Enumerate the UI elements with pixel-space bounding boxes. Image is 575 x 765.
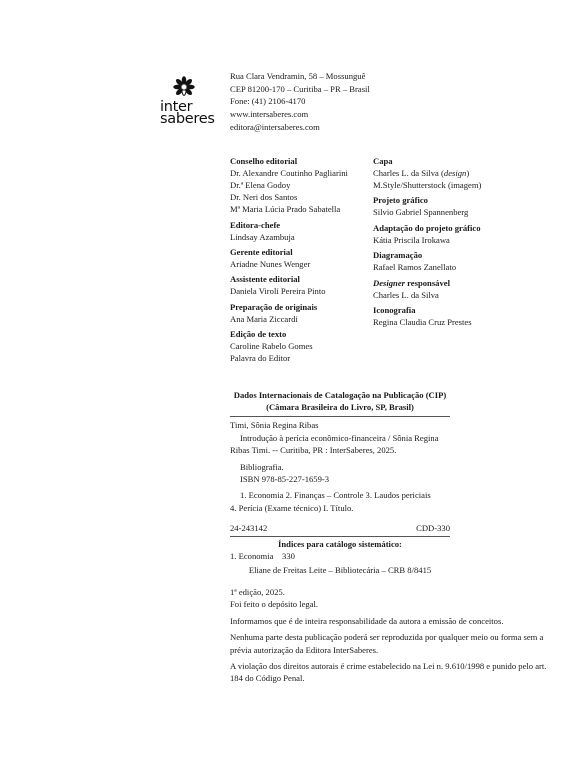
credit-gerente-editorial: Gerente editorial Ariadne Nunes Wenger: [230, 246, 370, 270]
cip-title: Dados Internacionais de Catalogação na P…: [230, 389, 450, 401]
cip-index-row: 1. Economia 330: [230, 550, 450, 562]
cip-record-id: 24-243142: [230, 522, 267, 534]
cip-catalog-record: Dados Internacionais de Catalogação na P…: [230, 389, 450, 577]
credit-heading: Editora-chefe: [230, 219, 370, 231]
credit-heading: Designer responsável: [373, 277, 513, 289]
credit-heading: Gerente editorial: [230, 246, 370, 258]
credit-value: Charles L. da Silva (design): [373, 167, 513, 179]
credit-capa: Capa Charles L. da Silva (design) M.Styl…: [373, 155, 513, 191]
cip-isbn: ISBN 978-85-227-1659-3: [230, 473, 450, 485]
divider: [230, 536, 450, 537]
credit-value: Charles L. da Silva: [373, 289, 513, 301]
credit-value: Dr. Neri dos Santos: [230, 191, 370, 203]
cip-subjects-line1: 1. Economia 2. Finanças – Controle 3. La…: [230, 489, 450, 501]
cip-entry-line2: Ribas Timi. -- Curitiba, PR : InterSaber…: [230, 444, 450, 456]
credit-heading: Projeto gráfico: [373, 194, 513, 206]
logo-word-saberes: saberes: [160, 114, 222, 126]
note-edition: 1ª edição, 2025.: [230, 586, 560, 598]
credit-iconografia: Iconografia Regina Claudia Cruz Prestes: [373, 304, 513, 328]
cip-author: Timi, Sônia Regina Ribas: [230, 419, 450, 431]
credit-value: Kátia Priscila Irokawa: [373, 234, 513, 246]
credit-heading-italic: Designer: [373, 278, 405, 288]
credit-preparacao-originais: Preparação de originais Ana Maria Ziccar…: [230, 301, 370, 325]
credits-right-column: Capa Charles L. da Silva (design) M.Styl…: [373, 155, 513, 331]
cip-entry-line1: Introdução à perícia econômico-financeir…: [230, 432, 450, 444]
publisher-logo: inter saberes: [160, 76, 222, 130]
address-street: Rua Clara Vendramin, 58 – Mossunguê: [230, 70, 370, 83]
credit-heading: Assistente editorial: [230, 273, 370, 285]
cip-classification-row: 24-243142 CDD-330: [230, 522, 450, 534]
credit-value: Rafael Ramos Zanellato: [373, 261, 513, 273]
credit-editora-chefe: Editora-chefe Lindsay Azambuja: [230, 219, 370, 243]
credit-heading-rest: responsável: [405, 278, 450, 288]
credit-projeto-grafico: Projeto gráfico Silvio Gabriel Spannenbe…: [373, 194, 513, 218]
credit-value: Ariadne Nunes Wenger: [230, 258, 370, 270]
address-cep: CEP 81200-170 – Curitiba – PR – Brasil: [230, 83, 370, 96]
credit-designer-responsavel: Designer responsável Charles L. da Silva: [373, 277, 513, 301]
credit-value: Mª Maria Lúcia Prado Sabatella: [230, 203, 370, 215]
address-phone: Fone: (41) 2106-4170: [230, 95, 370, 108]
cip-index-code: 330: [282, 551, 295, 561]
credit-heading: Adaptação do projeto gráfico: [373, 222, 513, 234]
cip-cdd: CDD-330: [416, 522, 450, 534]
note-responsibility: Informamos que é de inteira responsabili…: [230, 615, 560, 627]
divider: [230, 416, 450, 417]
credit-value: Palavra do Editor: [230, 352, 370, 364]
credit-conselho-editorial: Conselho editorial Dr. Alexandre Coutinh…: [230, 155, 370, 215]
note-reproduction: Nenhuma parte desta publicação poderá se…: [230, 631, 560, 656]
design-italic: design: [444, 168, 466, 178]
credit-edicao-texto: Edição de texto Caroline Rabelo Gomes Pa…: [230, 328, 370, 364]
credit-value: Regina Claudia Cruz Prestes: [373, 316, 513, 328]
note-deposit: Foi feito o depósito legal.: [230, 598, 560, 610]
credit-heading: Capa: [373, 155, 513, 167]
cip-bibliography: Bibliografia.: [230, 461, 450, 473]
cip-subjects-line2: 4. Perícia (Exame técnico) I. Título.: [230, 502, 450, 514]
credit-heading: Iconografia: [373, 304, 513, 316]
credit-value: Dr. Alexandre Coutinho Pagliarini: [230, 167, 370, 179]
address-website[interactable]: www.intersaberes.com: [230, 108, 370, 121]
cip-librarian: Eliane de Freitas Leite – Bibliotecária …: [230, 564, 450, 576]
cip-index-entry: 1. Economia: [230, 551, 273, 561]
publisher-address: Rua Clara Vendramin, 58 – Mossunguê CEP …: [230, 70, 370, 134]
credit-heading: Preparação de originais: [230, 301, 370, 313]
credit-value: Daniela Viroli Pereira Pinto: [230, 285, 370, 297]
credit-heading: Diagramação: [373, 249, 513, 261]
credit-value: Ana Maria Ziccardi: [230, 313, 370, 325]
credit-value: Caroline Rabelo Gomes: [230, 340, 370, 352]
credit-heading: Edição de texto: [230, 328, 370, 340]
credit-diagramacao: Diagramação Rafael Ramos Zanellato: [373, 249, 513, 273]
credit-adaptacao-projeto: Adaptação do projeto gráfico Kátia Prisc…: [373, 222, 513, 246]
credit-value: M.Style/Shutterstock (imagem): [373, 179, 513, 191]
address-email[interactable]: editora@intersaberes.com: [230, 121, 370, 134]
credit-value: Lindsay Azambuja: [230, 231, 370, 243]
cip-subtitle: (Câmara Brasileira do Livro, SP, Brasil): [230, 401, 450, 413]
legal-notes: 1ª edição, 2025. Foi feito o depósito le…: [230, 586, 560, 685]
credit-value: Silvio Gabriel Spannenberg: [373, 206, 513, 218]
credit-heading: Conselho editorial: [230, 155, 370, 167]
note-law: A violação dos direitos autorais é crime…: [230, 660, 560, 685]
cip-index-title: Índices para catálogo sistemático:: [230, 538, 450, 550]
credit-value: Dr.ª Elena Godoy: [230, 179, 370, 191]
credit-assistente-editorial: Assistente editorial Daniela Viroli Pere…: [230, 273, 370, 297]
credits-left-column: Conselho editorial Dr. Alexandre Coutinh…: [230, 155, 370, 368]
